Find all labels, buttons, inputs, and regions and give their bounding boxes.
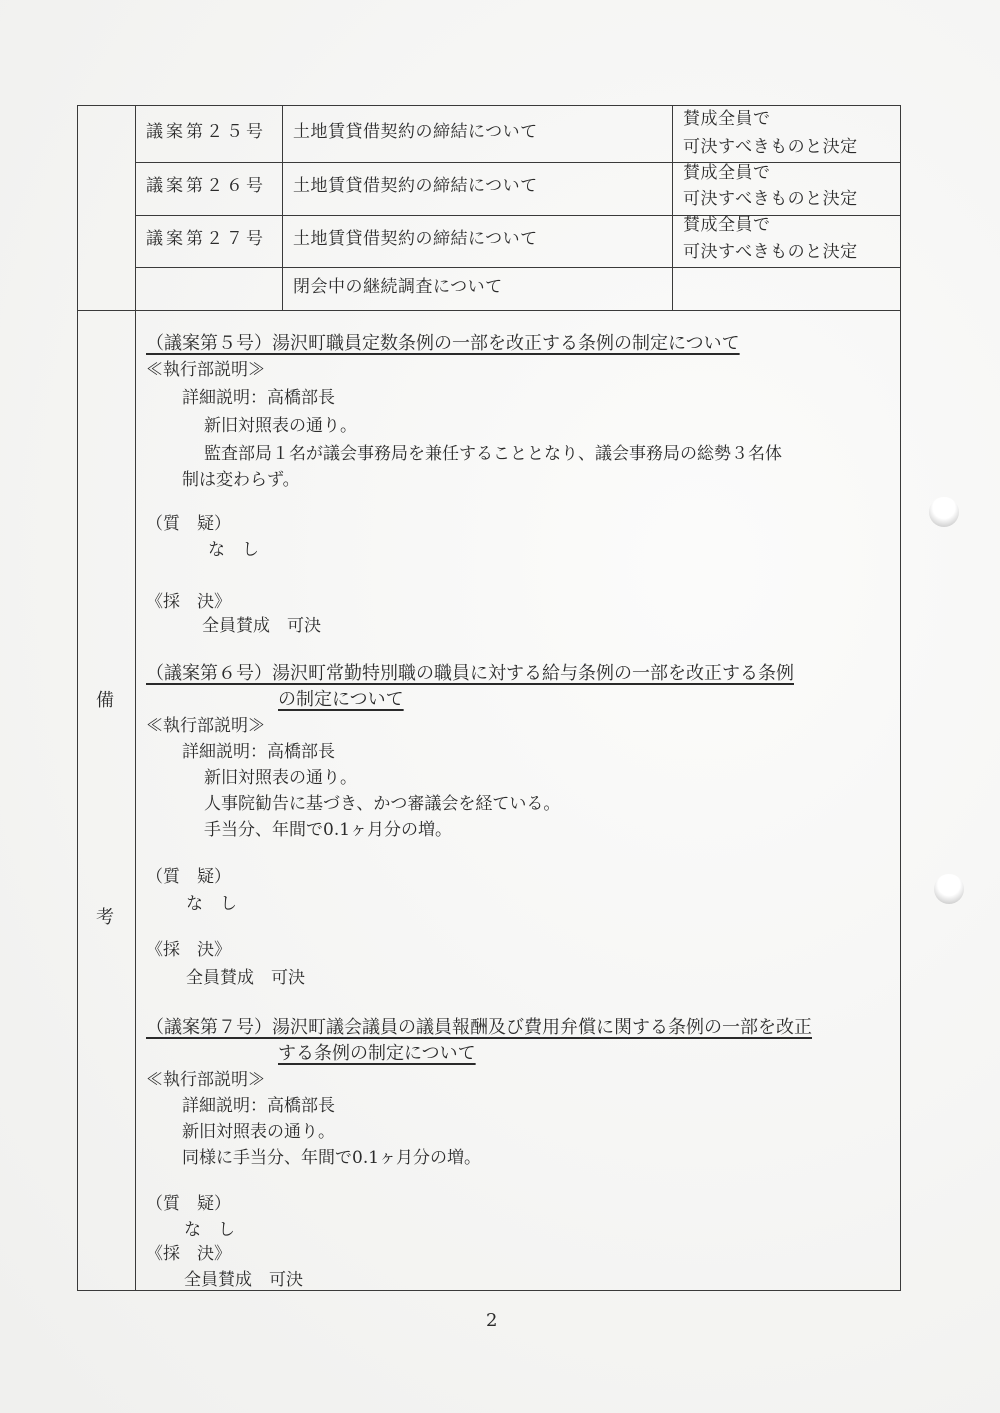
question-result: な し bbox=[186, 892, 237, 916]
question-label: （質 疑） bbox=[146, 512, 231, 536]
agenda-number: 議案第２６号 bbox=[146, 174, 266, 198]
body-line: 新旧対照表の通り。 bbox=[182, 1120, 335, 1144]
agenda-row-divider-1 bbox=[135, 162, 901, 163]
detail-explainer: 詳細説明：高橋部長 bbox=[182, 386, 335, 410]
body-line: 同様に手当分、年間で0.1ヶ月分の増。 bbox=[182, 1146, 481, 1170]
question-result: な し bbox=[208, 538, 259, 562]
exec-explanation-label: ≪執行部説明≫ bbox=[146, 1068, 265, 1092]
agenda-row-divider-3 bbox=[135, 267, 901, 268]
question-result: な し bbox=[184, 1218, 235, 1242]
agenda-result-line1: 賛成全員で bbox=[683, 213, 771, 237]
body-line: 手当分、年間で0.1ヶ月分の増。 bbox=[204, 818, 452, 842]
vote-result: 全員賛成 可決 bbox=[184, 1268, 303, 1292]
body-line: 人事院勧告に基づき、かつ審議会を経ている。 bbox=[204, 792, 560, 816]
section-heading: （議案第６号）湯沢町常勤特別職の職員に対する給与条例の一部を改正する条例 bbox=[146, 662, 794, 686]
body-line: 監査部局１名が議会事務局を兼任することとなり、議会事務局の総勢３名体 bbox=[204, 442, 782, 466]
body-line: 新旧対照表の通り。 bbox=[204, 414, 357, 438]
body-line: 新旧対照表の通り。 bbox=[204, 766, 357, 790]
section-heading: （議案第５号）湯沢町職員定数条例の一部を改正する条例の制定について bbox=[146, 332, 740, 356]
exec-explanation-label: ≪執行部説明≫ bbox=[146, 714, 265, 738]
body-line: 制は変わらず。 bbox=[182, 468, 300, 492]
vote-result: 全員賛成 可決 bbox=[186, 966, 305, 990]
section-heading-continued: の制定について bbox=[278, 688, 404, 712]
agenda-result-line2: 可決すべきものと決定 bbox=[683, 135, 858, 159]
agenda-title: 閉会中の継続調査について bbox=[293, 275, 503, 299]
label-column-divider bbox=[135, 105, 136, 1291]
vote-label: 《採 決》 bbox=[146, 938, 231, 962]
agenda-col-divider-1 bbox=[282, 105, 283, 310]
remarks-label-top: 備 bbox=[96, 686, 114, 712]
vote-label: 《採 決》 bbox=[146, 1242, 231, 1266]
page-number: 2 bbox=[486, 1310, 497, 1331]
detail-explainer: 詳細説明：高橋部長 bbox=[182, 1094, 335, 1118]
agenda-result-line2: 可決すべきものと決定 bbox=[683, 187, 858, 211]
section-heading-continued: する条例の制定について bbox=[278, 1042, 476, 1066]
agenda-number: 議案第２７号 bbox=[146, 227, 266, 251]
agenda-title: 土地賃貸借契約の締結について bbox=[293, 174, 538, 198]
question-label: （質 疑） bbox=[146, 865, 231, 889]
question-label: （質 疑） bbox=[146, 1192, 231, 1216]
detail-explainer: 詳細説明：高橋部長 bbox=[182, 740, 335, 764]
agenda-result-line1: 賛成全員で bbox=[683, 107, 771, 131]
agenda-col-divider-2 bbox=[672, 105, 673, 310]
section-heading: （議案第７号）湯沢町議会議員の議員報酬及び費用弁償に関する条例の一部を改正 bbox=[146, 1016, 812, 1040]
agenda-remarks-divider bbox=[77, 310, 901, 311]
agenda-result-line2: 可決すべきものと決定 bbox=[683, 240, 858, 264]
remarks-label-bottom: 考 bbox=[96, 903, 114, 929]
agenda-title: 土地賃貸借契約の締結について bbox=[293, 120, 538, 144]
agenda-row-divider-2 bbox=[135, 215, 901, 216]
agenda-title: 土地賃貸借契約の締結について bbox=[293, 227, 538, 251]
agenda-result-line1: 賛成全員で bbox=[683, 161, 771, 185]
punch-hole-upper bbox=[929, 497, 959, 527]
punch-hole-lower bbox=[934, 874, 964, 904]
agenda-number: 議案第２５号 bbox=[146, 120, 266, 144]
vote-result: 全員賛成 可決 bbox=[202, 614, 321, 638]
vote-label: 《採 決》 bbox=[146, 590, 231, 614]
exec-explanation-label: ≪執行部説明≫ bbox=[146, 358, 265, 382]
